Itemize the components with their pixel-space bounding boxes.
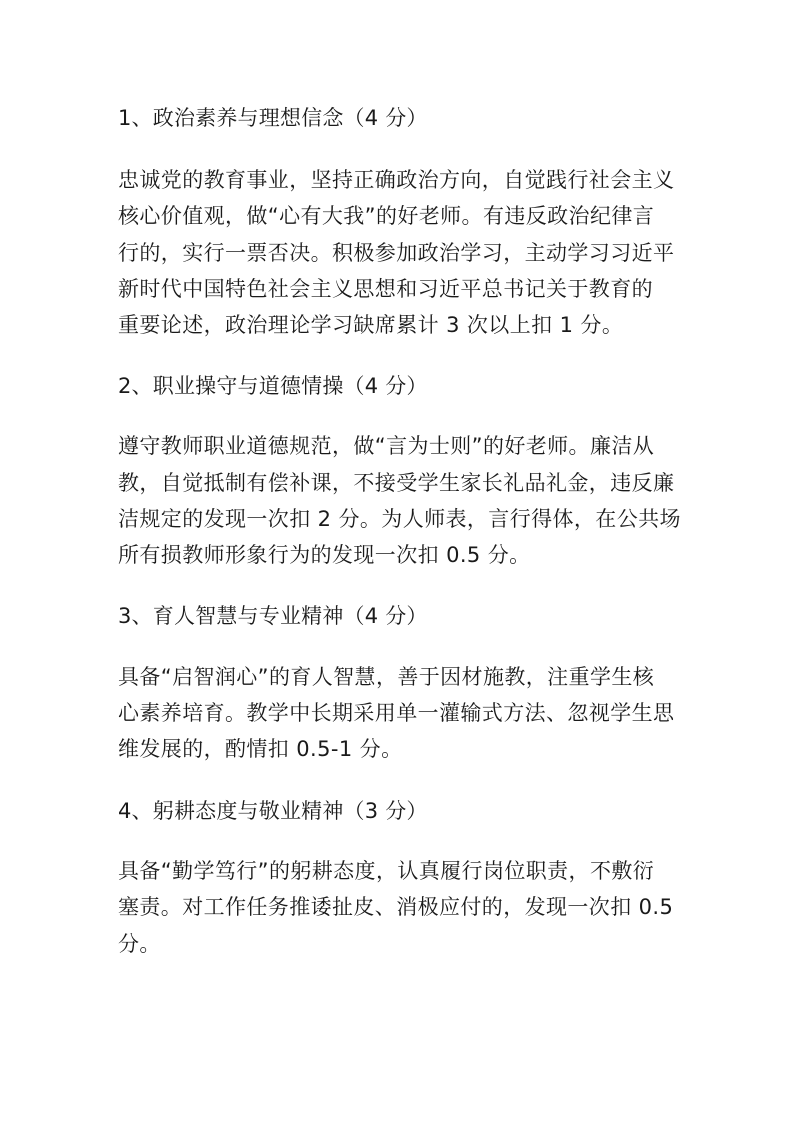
paragraph-line: 遵守教师职业道德规范，做“言为士则”的好老师。廉洁从 <box>118 433 654 459</box>
section-heading: 4、躬耕态度与敬业精神（3 分） <box>118 798 428 824</box>
paragraph-line: 行的，实行一票否决。积极参加政治学习，主动学习习近平 <box>118 240 674 266</box>
paragraph-line: 洁规定的发现一次扣 2 分。为人师表，言行得体，在公共场 <box>118 506 681 532</box>
paragraph-line: 教，自觉抵制有偿补课，不接受学生家长礼品礼金，违反廉 <box>118 470 674 496</box>
paragraph-line: 所有损教师形象行为的发现一次扣 0.5 分。 <box>118 542 531 568</box>
paragraph-line: 重要论述，政治理论学习缺席累计 3 次以上扣 1 分。 <box>118 312 623 338</box>
paragraph-line: 新时代中国特色社会主义思想和习近平总书记关于教育的 <box>118 276 653 302</box>
section-heading: 3、育人智慧与专业精神（4 分） <box>118 603 428 629</box>
paragraph-line: 忠诚党的教育事业，坚持正确政治方向，自觉践行社会主义 <box>118 167 674 193</box>
paragraph-line: 维发展的，酌情扣 0.5-1 分。 <box>118 736 403 762</box>
paragraph-line: 塞责。对工作任务推诿扯皮、消极应付的，发现一次扣 0.5 <box>118 894 673 920</box>
section-heading: 1、政治素养与理想信念（4 分） <box>118 105 428 131</box>
paragraph-line: 具备“勤学笃行”的躬耕态度，认真履行岗位职责，不敷衍 <box>118 858 654 884</box>
paragraph-line: 心素养培育。教学中长期采用单一灌输式方法、忽视学生思 <box>118 700 674 726</box>
paragraph-line: 核心价值观，做“心有大我”的好老师。有违反政治纪律言 <box>118 203 654 229</box>
paragraph-line: 具备“启智润心”的育人智慧，善于因材施教，注重学生核 <box>118 664 654 690</box>
paragraph-line: 分。 <box>118 931 161 957</box>
document-page: 1、政治素养与理想信念（4 分） 忠诚党的教育事业，坚持正确政治方向，自觉践行社… <box>0 0 793 1122</box>
section-heading: 2、职业操守与道德情操（4 分） <box>118 373 428 399</box>
